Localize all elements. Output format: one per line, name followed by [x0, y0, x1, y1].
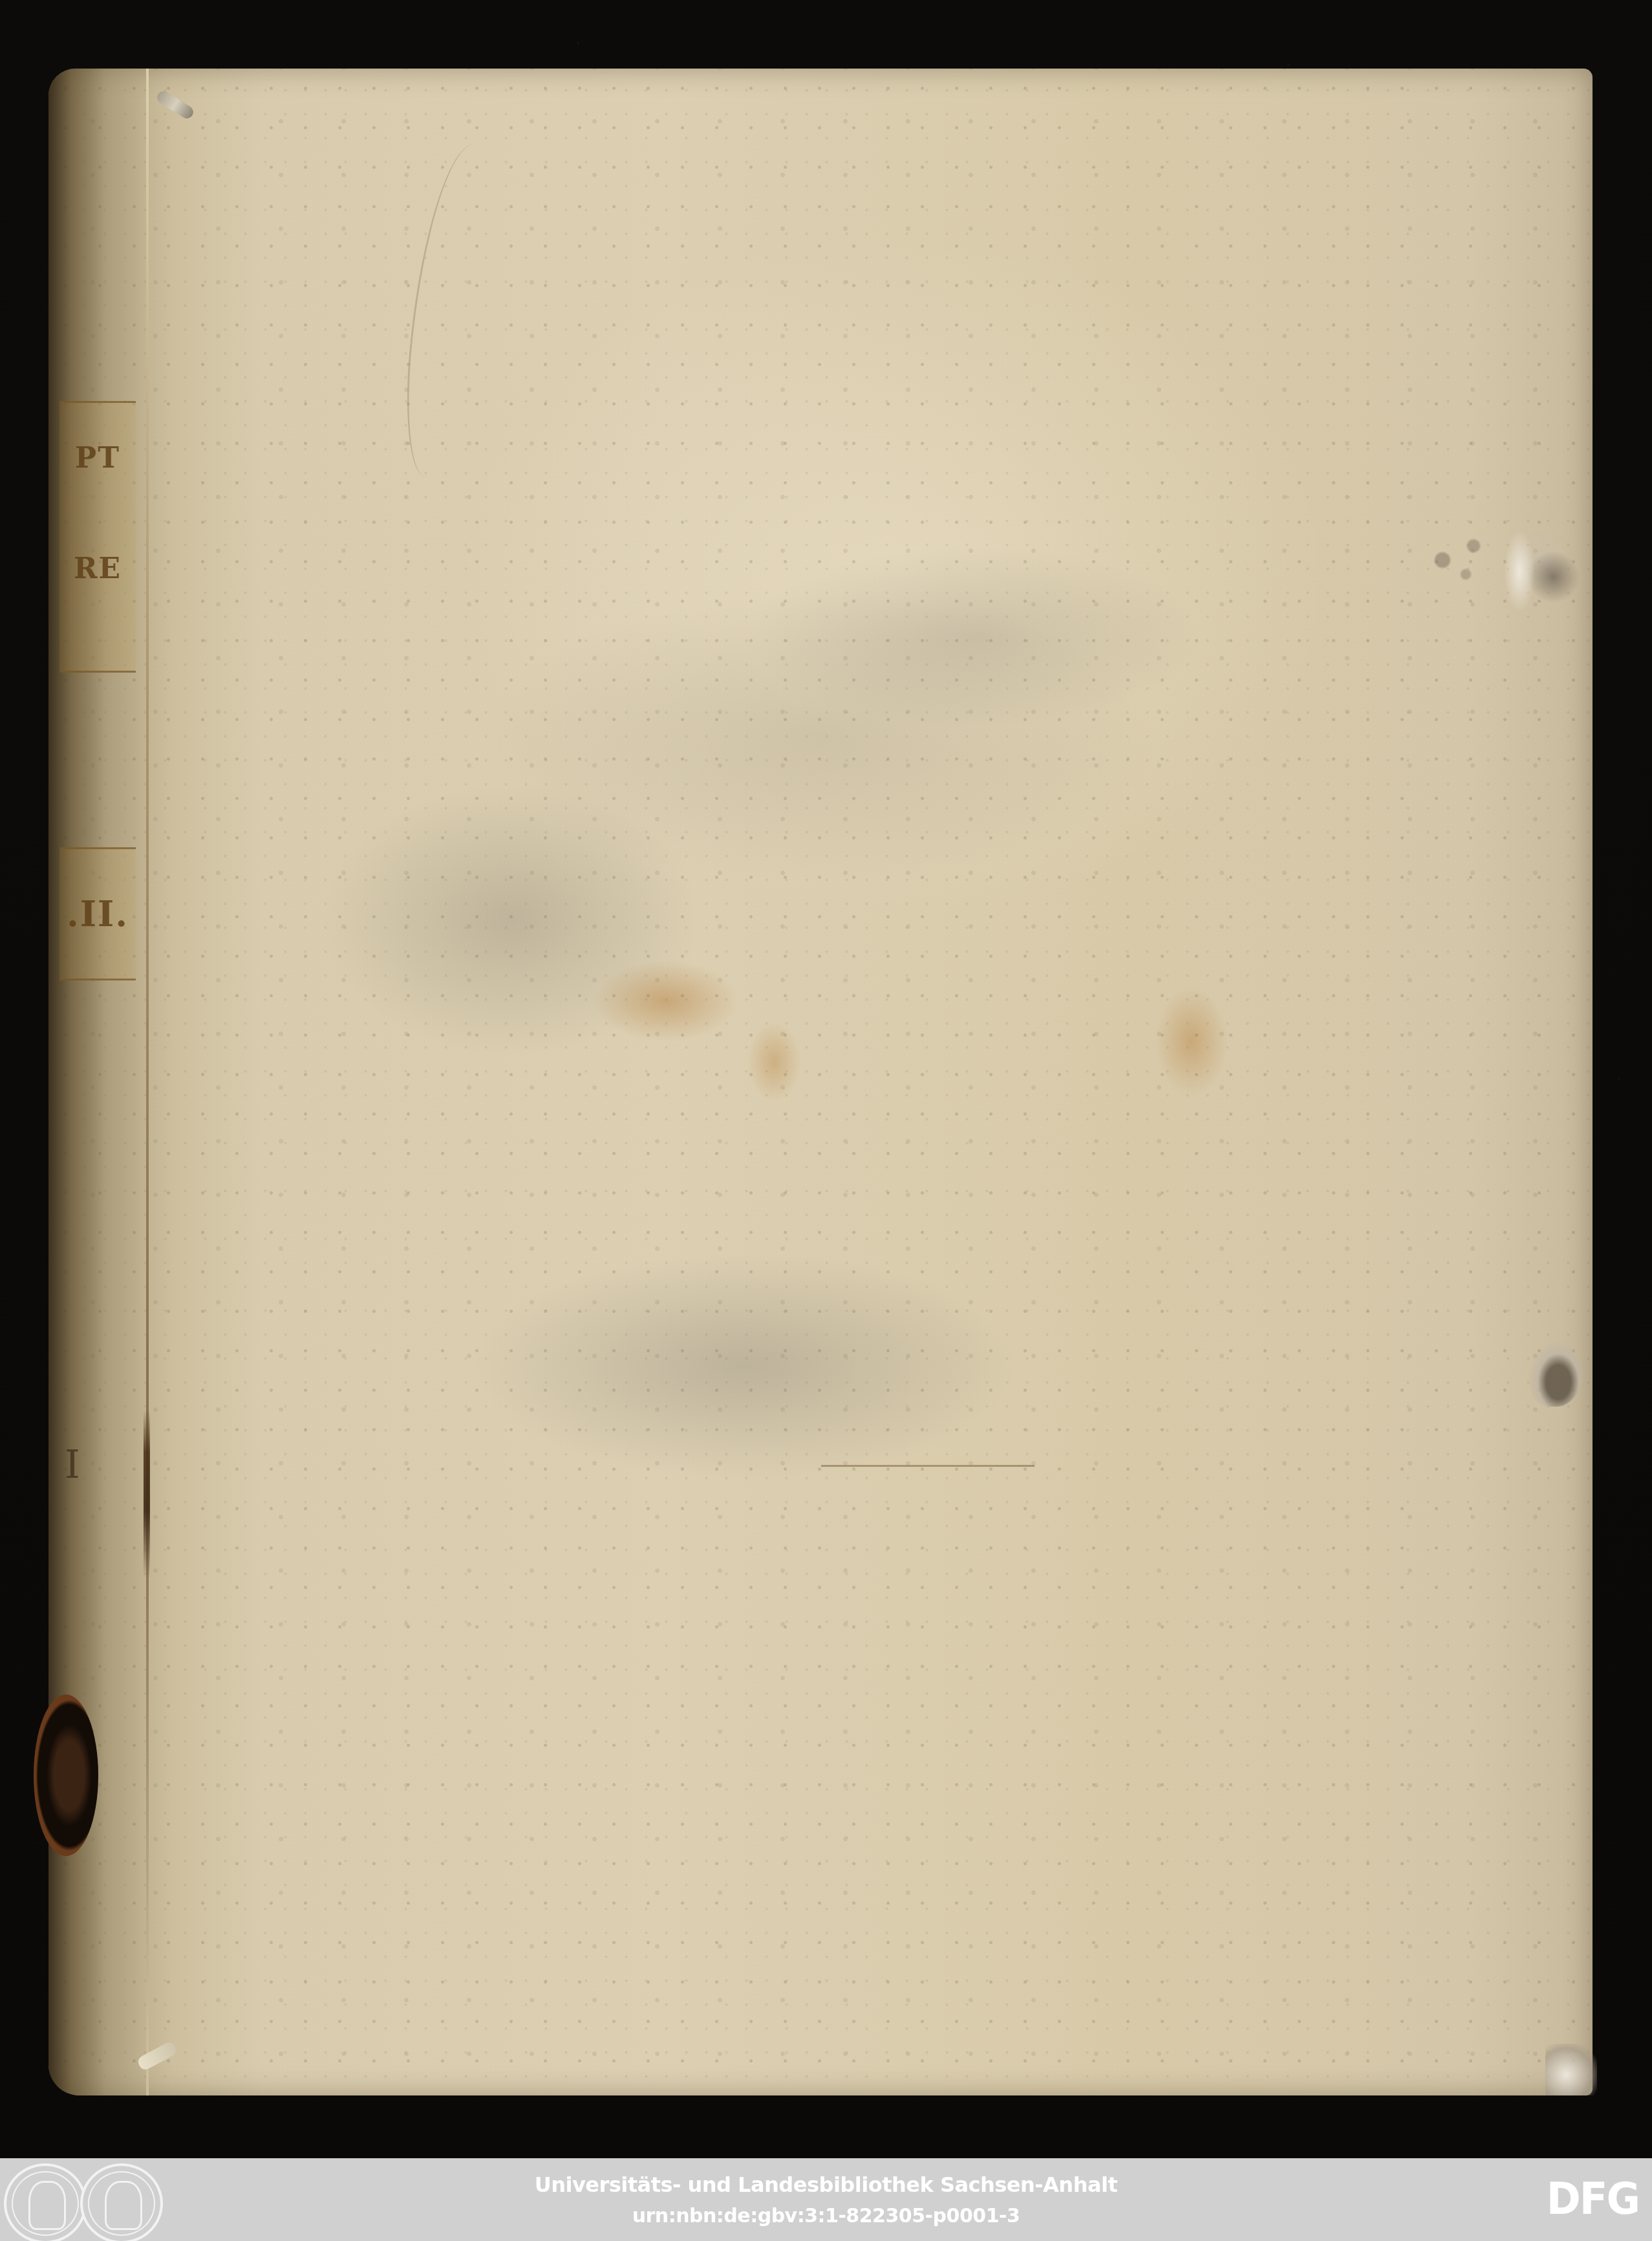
- shelfmark-sticker: [34, 1694, 98, 1856]
- institution-name: Universitäts- und Landesbibliothek Sachs…: [0, 2172, 1652, 2197]
- spine-volume-label: .II.: [59, 847, 136, 980]
- cover-scuff-marks: [1419, 517, 1497, 589]
- digitization-footer: Universitäts- und Landesbibliothek Sachs…: [0, 2158, 1652, 2241]
- spine-lower-mark: I: [65, 1442, 80, 1488]
- clasp-damage-lower: [1529, 1342, 1582, 1407]
- spine-volume-text: .II.: [67, 893, 129, 935]
- book-front-cover: [48, 69, 1593, 2095]
- book-scan-page: PT RE .II. I Universitäts- und Landesbib…: [0, 0, 1652, 2241]
- spine-hinge-line: [146, 69, 149, 2095]
- dfg-logo-icon: DFG: [1547, 2181, 1639, 2219]
- spine-title-line-1: PT: [59, 442, 136, 475]
- cover-crease-line: [821, 1465, 1035, 1467]
- spine-hinge-wear: [144, 1410, 150, 1578]
- spine-title-label: PT RE: [59, 401, 136, 673]
- urn-identifier: urn:nbn:de:gbv:3:1-822305-p0001-3: [0, 2205, 1652, 2227]
- corner-damage-bottom-right: [1545, 2044, 1597, 2095]
- spine-title-line-2: RE: [59, 552, 136, 585]
